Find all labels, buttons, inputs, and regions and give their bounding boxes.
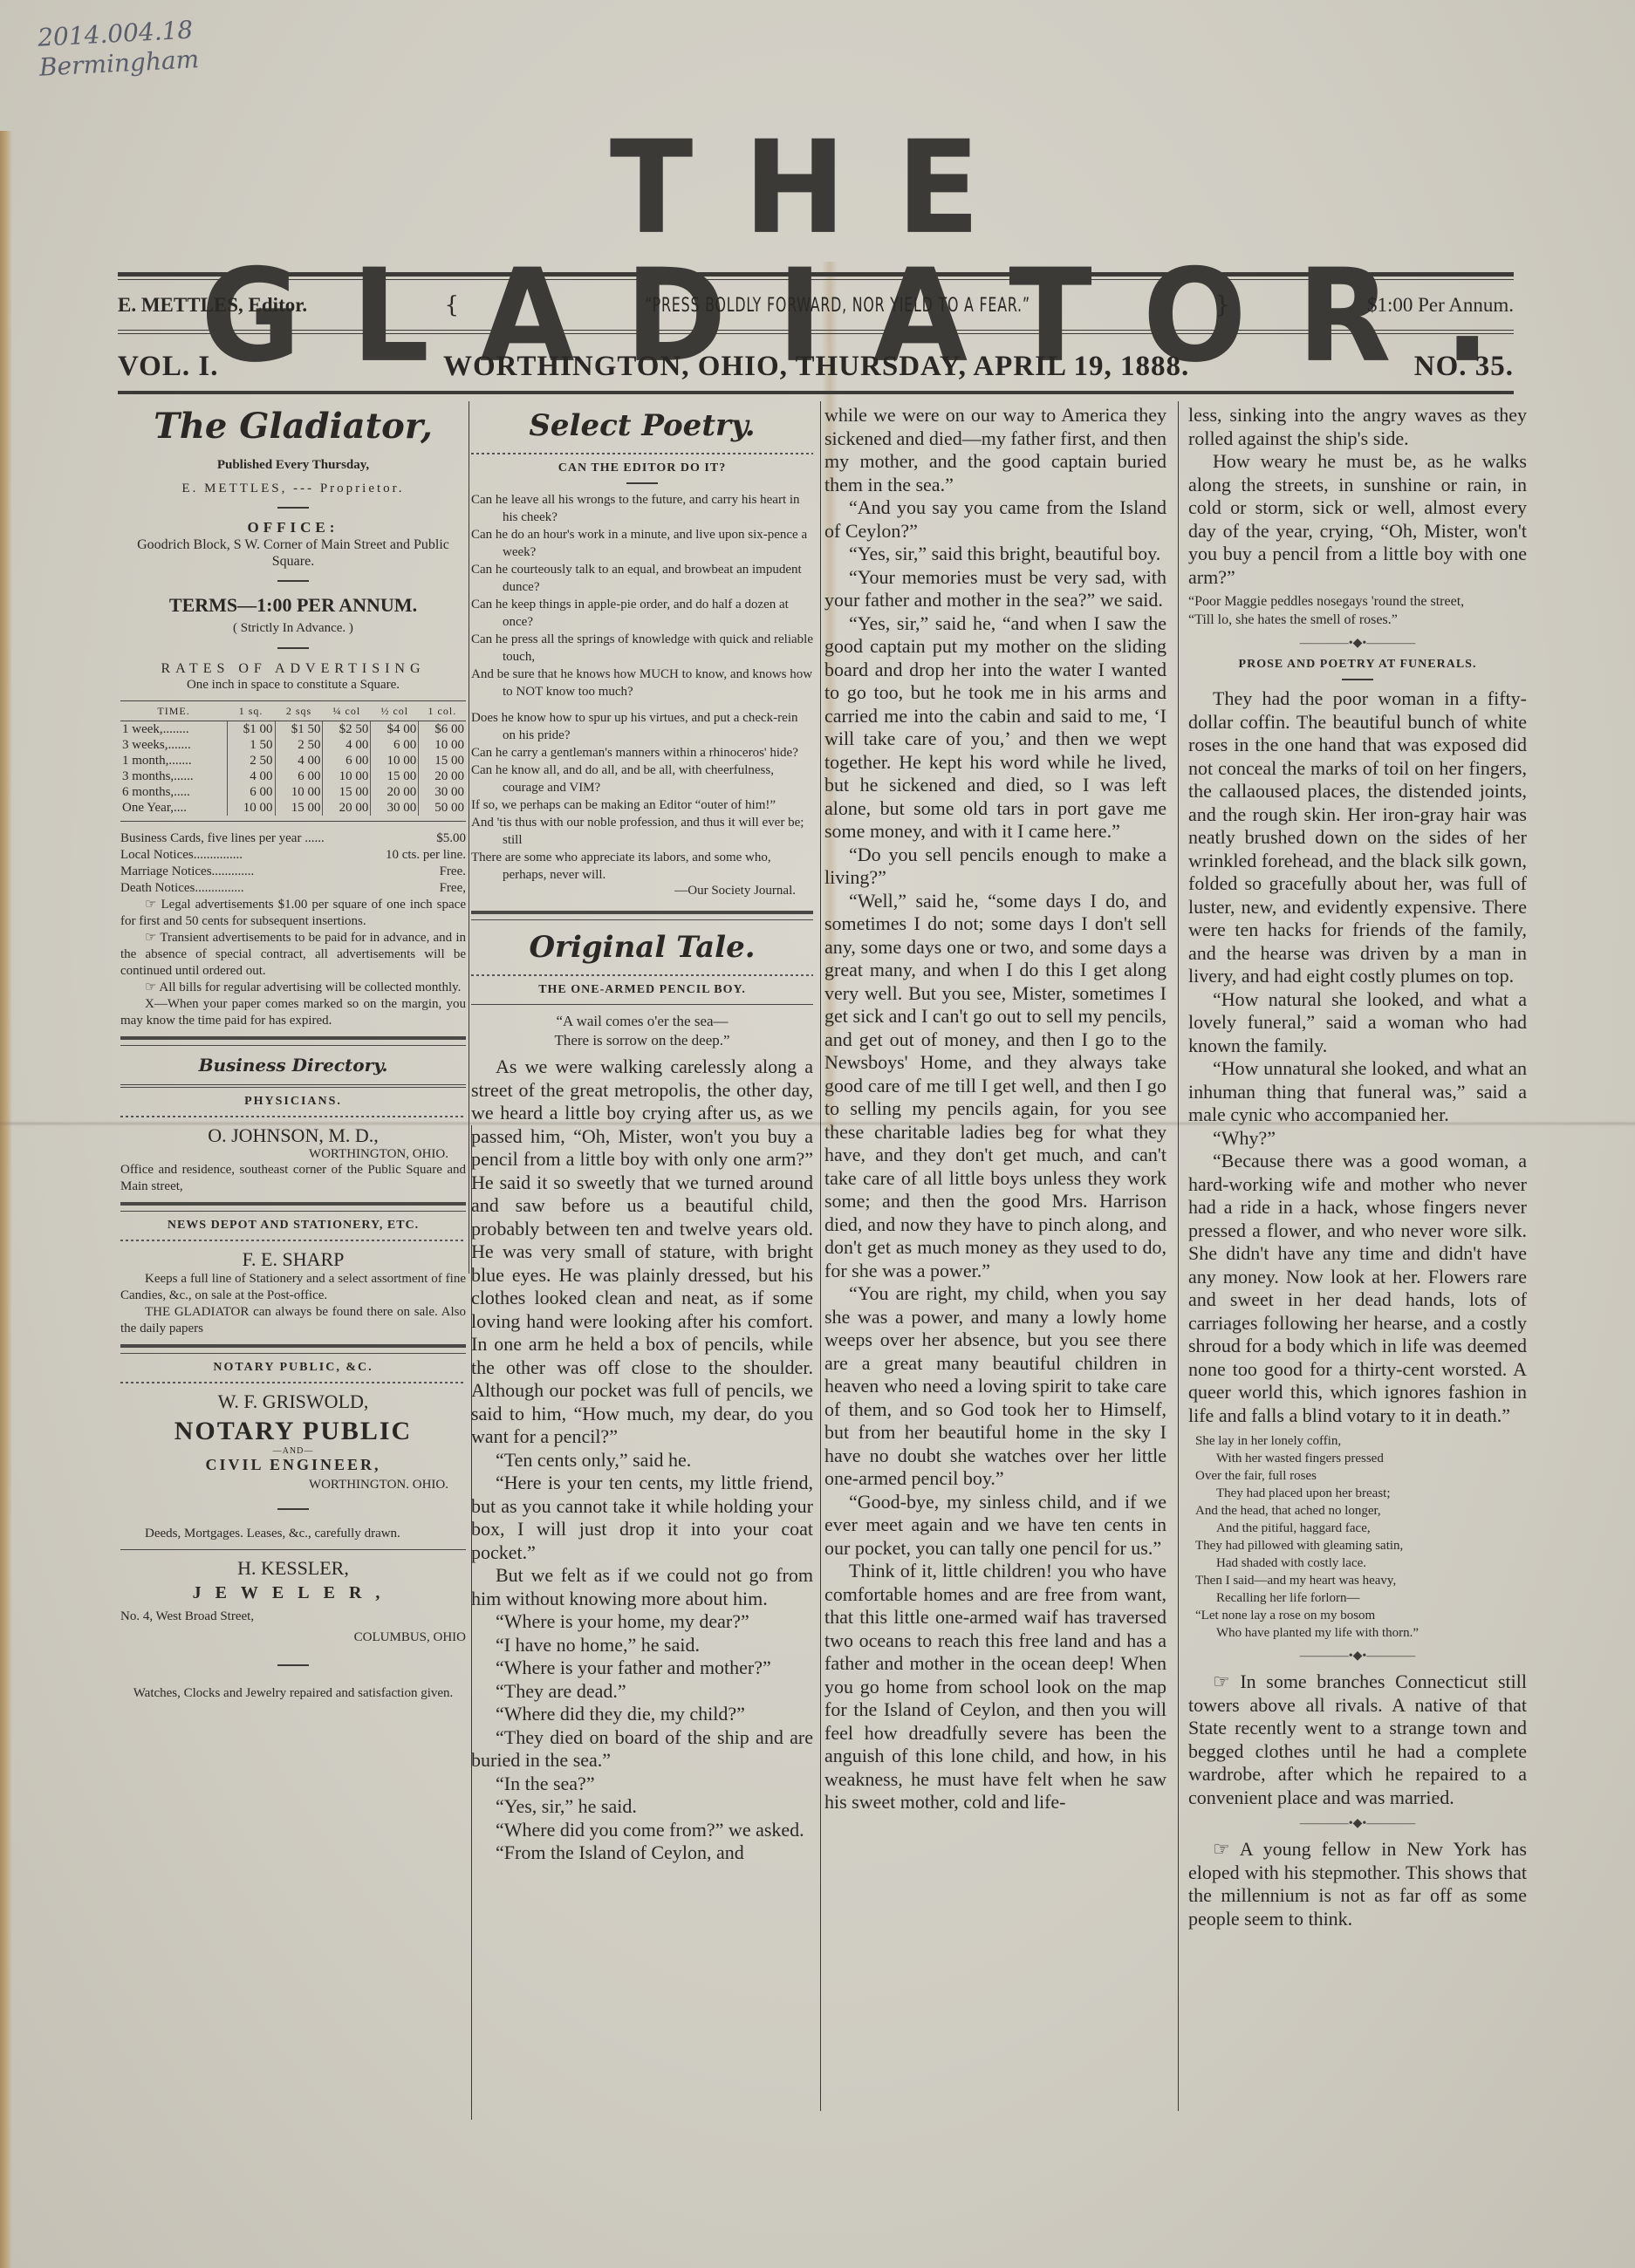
rates-col-1sq: 1 sq. <box>227 701 275 721</box>
rates-col-half: ½ col <box>371 701 419 721</box>
paper-edge-stain <box>0 131 12 2268</box>
sharp-desc-2: THE GLADIATOR can always be found there … <box>120 1304 466 1337</box>
advertising-rates-table: TIME. 1 sq. 2 sqs ¼ col ½ col 1 col. 1 w… <box>120 700 466 816</box>
dateline-rule-top <box>118 330 1514 331</box>
table-row: 3 weeks,.......1 502 504 006 0010 00 <box>120 737 466 753</box>
brace-right: } <box>1215 292 1230 318</box>
griswold-town: WORTHINGTON. OHIO. <box>120 1478 466 1493</box>
column-rule-3 <box>1178 401 1179 2111</box>
story-conclusion: less, sinking into the angry waves as th… <box>1188 404 1527 589</box>
dateline-rule-top-2 <box>118 333 1514 334</box>
masthead-rule-thin <box>118 279 1514 280</box>
table-row: One Year,....10 0015 0020 0030 0050 00 <box>120 800 466 816</box>
motto: “PRESS BOLDLY FORWARD, NOR YIELD TO A FE… <box>645 295 1030 317</box>
rates-subheading: One inch in space to constitute a Square… <box>120 677 466 693</box>
tale-section-title: Original Tale. <box>471 927 813 967</box>
column-story-continued: while we were on our way to America they… <box>824 397 1166 1814</box>
physicians-heading: PHYSICIANS. <box>120 1095 466 1109</box>
transient-ad-note: ☞ Transient advertisements to be paid fo… <box>120 930 466 980</box>
griswold-name: W. F. GRISWOLD, <box>120 1390 466 1413</box>
notary-heading: NOTARY PUBLIC, &C. <box>120 1361 466 1375</box>
johnson-town: WORTHINGTON, OHIO. <box>120 1147 466 1162</box>
news-depot-heading: NEWS DEPOT AND STATIONERY, ETC. <box>120 1219 466 1233</box>
billing-note: ☞ All bills for regular advertising will… <box>120 980 466 996</box>
proprietor: E. METTLES, --- Proprietor. <box>120 482 466 496</box>
sharp-desc: Keeps a full line of Stationery and a se… <box>120 1271 466 1304</box>
volume: VOL. I. <box>118 351 218 383</box>
story-continued-body: while we were on our way to America they… <box>824 404 1166 1814</box>
notice-row: Marriage Notices.............Free. <box>120 864 466 880</box>
masthead-rule <box>118 272 1514 277</box>
jeweler-banner: JEWELER, <box>120 1583 466 1603</box>
poetry-section-title: Select Poetry. <box>471 406 813 446</box>
kessler-town: COLUMBUS, OHIO <box>120 1630 466 1645</box>
rates-col-2sq: 2 sqs <box>275 701 323 721</box>
masthead-title: THE GLADIATOR. <box>201 125 1440 381</box>
directory-title: Business Directory. <box>120 1055 466 1076</box>
editor-bar: E. METTLES, Editor. { “PRESS BOLDLY FORW… <box>118 290 1514 321</box>
table-row: 1 month,.......2 504 006 0010 0015 00 <box>120 753 466 769</box>
publication-schedule: Published Every Thursday, <box>120 458 466 473</box>
ornament-divider: ————•◆•———— <box>1188 636 1527 651</box>
funeral-article-title: PROSE AND POETRY AT FUNERALS. <box>1188 658 1527 672</box>
griswold-desc: Deeds, Mortgages. Leases, &c., carefully… <box>120 1526 466 1542</box>
terms-note: ( Strictly In Advance. ) <box>120 620 466 637</box>
rates-col-quarter: ¼ col <box>323 701 371 721</box>
table-row: 6 months,.....6 0010 0015 0020 0030 00 <box>120 784 466 800</box>
paper-name: The Gladiator, <box>120 404 466 449</box>
kessler-name: H. KESSLER, <box>120 1557 466 1580</box>
column-rule-1 <box>469 401 469 1274</box>
subscription-price: $1:00 Per Annum. <box>1367 294 1514 317</box>
column-rule-2 <box>820 401 821 2111</box>
brace-left: { <box>445 292 460 318</box>
funeral-poem: She lay in her lonely coffin, With her w… <box>1188 1432 1527 1642</box>
ornament-divider: ————•◆•———— <box>1188 1816 1527 1831</box>
office-heading: OFFICE: <box>120 519 466 536</box>
and-divider: —AND— <box>120 1446 466 1456</box>
epigraph-line-1: “A wail comes o'er the sea— <box>471 1012 813 1031</box>
issue-number: NO. 35. <box>1414 351 1514 383</box>
column-publisher-info: The Gladiator, Published Every Thursday,… <box>120 397 466 1702</box>
funeral-article-body: They had the poor woman in a fifty-dolla… <box>1188 687 1527 1427</box>
rates-col-full: 1 col. <box>419 701 466 721</box>
new-york-item: ☞ A young fellow in New York has eloped … <box>1188 1838 1527 1930</box>
notice-row: Local Notices...............10 cts. per … <box>120 847 466 864</box>
poem-body: Can he leave all his wrongs to the futur… <box>471 491 813 884</box>
poem-title: CAN THE EDITOR DO IT? <box>471 461 813 475</box>
table-row: 3 months,......4 006 0010 0015 0020 00 <box>120 769 466 784</box>
johnson-name: O. JOHNSON, M. D., <box>120 1124 466 1147</box>
dateline: WORTHINGTON, OHIO, THURSDAY, APRIL 19, 1… <box>443 351 1189 383</box>
civil-engineer: CIVIL ENGINEER, <box>120 1456 466 1474</box>
column-funerals: less, sinking into the angry waves as th… <box>1188 397 1527 1930</box>
kessler-address: No. 4, West Broad Street, <box>120 1609 466 1625</box>
editor-name: E. METTLES, Editor. <box>118 294 307 317</box>
column-poetry-tale: Select Poetry. CAN THE EDITOR DO IT? Can… <box>471 397 813 1865</box>
kessler-desc: Watches, Clocks and Jewelry repaired and… <box>120 1685 466 1702</box>
table-row: 1 week,........$1 00$1 50$2 50$4 00$6 00 <box>120 721 466 738</box>
epigraph-line-2: There is sorrow on the deep.” <box>471 1031 813 1050</box>
story-title: THE ONE-ARMED PENCIL BOY. <box>471 983 813 997</box>
notice-rates: Business Cards, five lines per year ....… <box>120 821 466 897</box>
poem-source: —Our Society Journal. <box>471 884 813 898</box>
notice-row: Death Notices...............Free, <box>120 880 466 897</box>
story-body: As we were walking carelessly along a st… <box>471 1055 813 1865</box>
terms: TERMS—1:00 PER ANNUM. <box>120 594 466 617</box>
office-address: Goodrich Block, S W. Corner of Main Stre… <box>120 536 466 570</box>
johnson-desc: Office and residence, southeast corner o… <box>120 1162 466 1195</box>
ornament-divider: ————•◆•———— <box>1188 1649 1527 1663</box>
rates-col-time: TIME. <box>120 701 227 721</box>
dateline-bar: VOL. I. WORTHINGTON, OHIO, THURSDAY, APR… <box>118 347 1514 386</box>
legal-ad-note: ☞ Legal advertisements $1.00 per square … <box>120 897 466 930</box>
notary-public-banner: NOTARY PUBLIC <box>120 1417 466 1446</box>
expiry-note: X—When your paper comes marked so on the… <box>120 996 466 1029</box>
connecticut-item: ☞ In some branches Connecticut still tow… <box>1188 1670 1527 1809</box>
notice-row: Business Cards, five lines per year ....… <box>120 830 466 847</box>
sharp-name: F. E. SHARP <box>120 1248 466 1271</box>
dateline-rule-bottom <box>118 391 1514 394</box>
rates-heading: RATES OF ADVERTISING <box>120 661 466 677</box>
archival-annotation: 2014.004.18 Bermingham <box>37 15 200 82</box>
maggie-quote: “Poor Maggie peddles nosegays 'round the… <box>1188 592 1527 629</box>
